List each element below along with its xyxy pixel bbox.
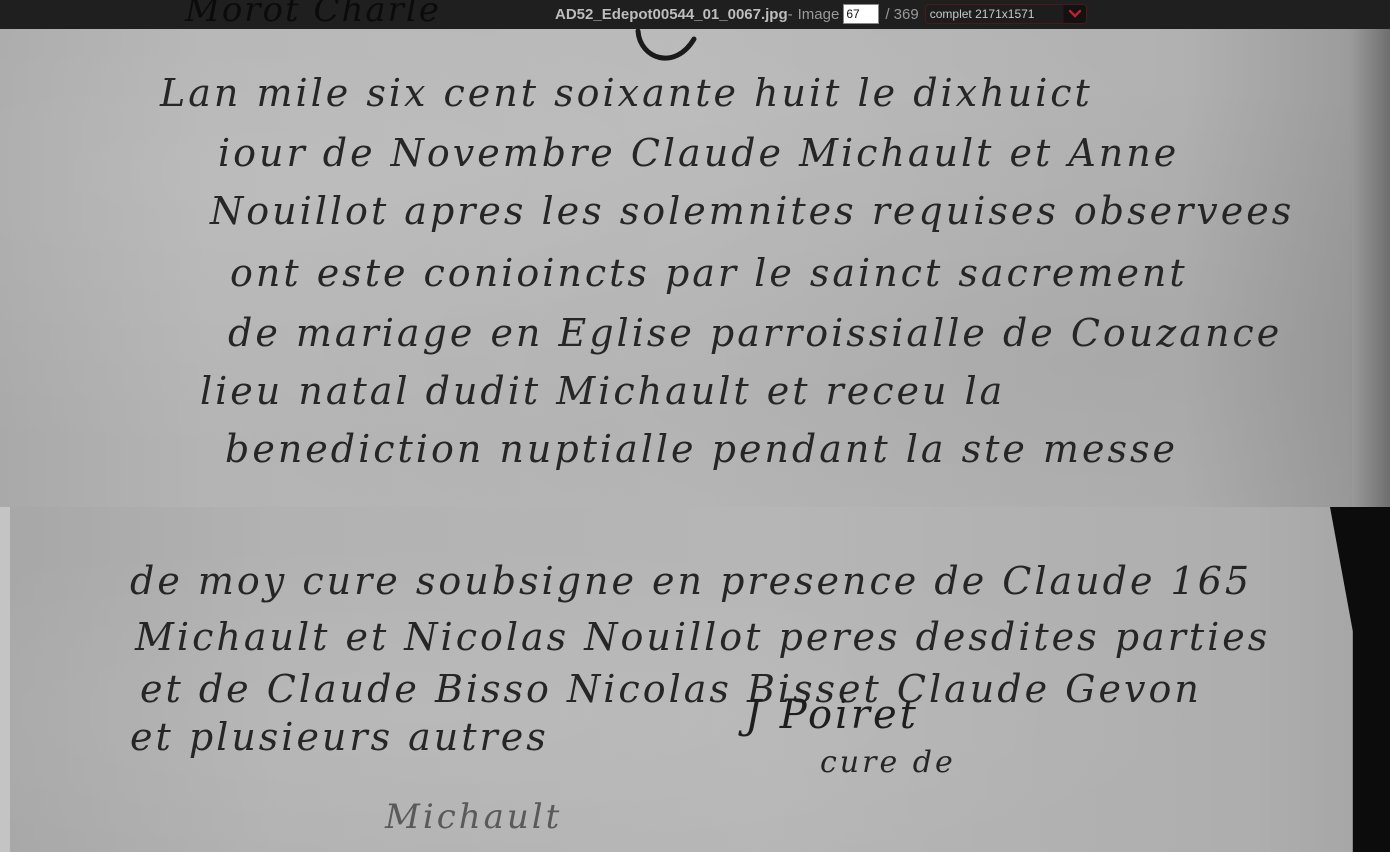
record-line: de mariage en Eglise parroissialle de Co… xyxy=(228,311,1282,355)
toolbar-center: AD52_Edepot00544_01_0067.jpg - Image / 3… xyxy=(555,3,1087,25)
record-line: benediction nuptialle pendant la ste mes… xyxy=(225,427,1178,471)
priest-signature: J Poiret xyxy=(745,692,919,738)
record-line: Michault et Nicolas Nouillot peres desdi… xyxy=(135,615,1270,659)
ink-flourish-icon xyxy=(630,29,700,74)
record-line: iour de Novembre Claude Michault et Anne xyxy=(218,131,1179,175)
record-line: ont este conioincts par le sainct sacrem… xyxy=(230,251,1188,295)
total-pages: / 369 xyxy=(885,6,918,23)
document-header-fragment: Morot Charle xyxy=(185,0,441,29)
record-line: et plusieurs autres xyxy=(130,715,549,759)
priest-title: cure de xyxy=(820,745,956,780)
viewer-toolbar: Morot Charle AD52_Edepot00544_01_0067.jp… xyxy=(0,0,1390,29)
record-line: Lan mile six cent soixante huit le dixhu… xyxy=(160,71,1093,115)
resolution-value: complet 2171x1571 xyxy=(926,7,1063,21)
title-separator: - xyxy=(788,6,793,23)
document-image-viewer[interactable]: Lan mile six cent soixante huit le dixhu… xyxy=(0,29,1390,852)
record-line: lieu natal dudit Michault et receu la xyxy=(200,369,1005,413)
record-line: et de Claude Bisso Nicolas Bisset Claude… xyxy=(140,667,1202,711)
scan-strip-upper: Lan mile six cent soixante huit le dixhu… xyxy=(0,29,1390,507)
page-spine-shadow xyxy=(1352,29,1390,507)
record-line: de moy cure soubsigne en presence de Cla… xyxy=(130,559,1252,603)
record-line: Nouillot apres les solemnites requises o… xyxy=(210,189,1294,233)
resolution-select[interactable]: complet 2171x1571 xyxy=(925,4,1087,24)
page-number-input[interactable] xyxy=(843,4,879,24)
scan-strip-lower: de moy cure soubsigne en presence de Cla… xyxy=(0,507,1390,852)
image-label: Image xyxy=(798,6,840,23)
chevron-down-icon[interactable] xyxy=(1063,5,1086,23)
strip-edge xyxy=(0,507,10,852)
torn-page-corner xyxy=(1330,507,1390,852)
file-name: AD52_Edepot00544_01_0067.jpg xyxy=(555,6,788,23)
faint-signature: Michault xyxy=(385,797,562,837)
